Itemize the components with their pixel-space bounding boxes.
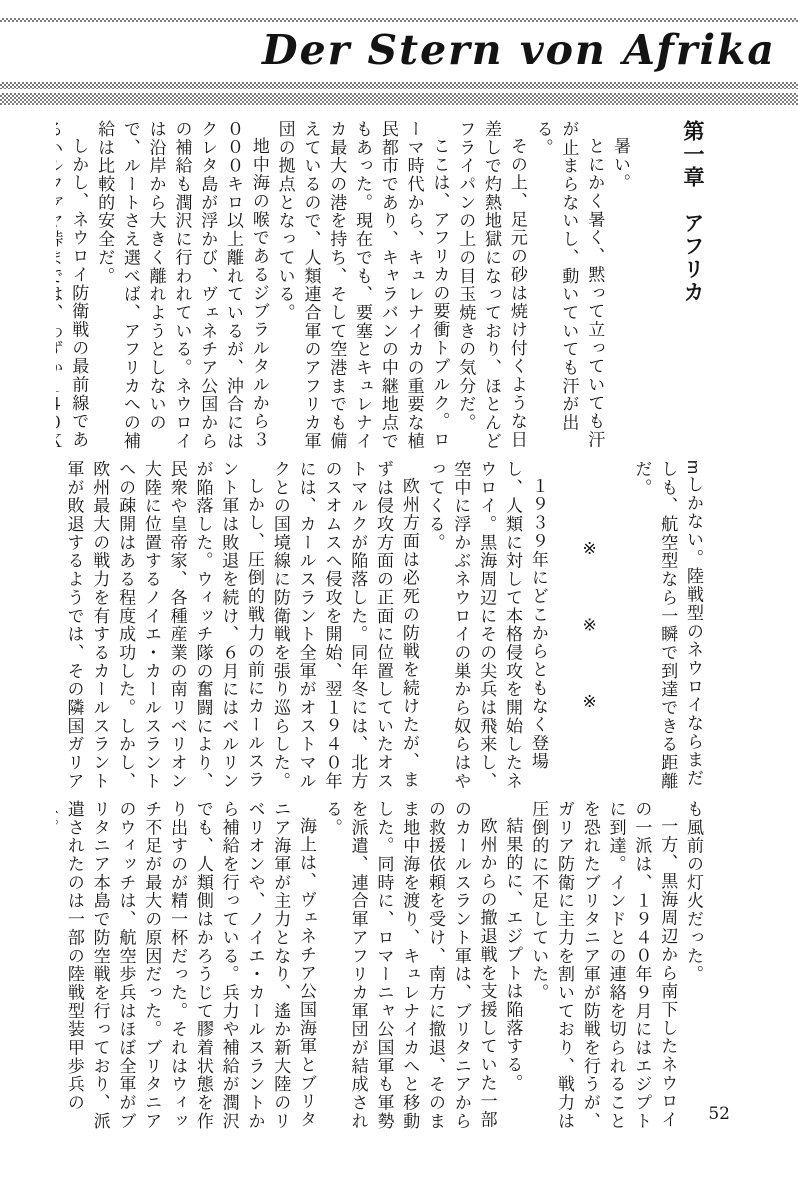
paragraph: 地中海の喉であるジブラルタルから３０００キロ以上離れているが、沖合にはクレタ島が… <box>91 120 272 452</box>
header-rule-middle <box>0 82 798 89</box>
page-number: 52 <box>708 1104 730 1124</box>
paragraph: 欧州方面は必死の防戦を続けたが、まずは侵攻方面の正面に位置していたオストマルクが… <box>267 460 422 792</box>
paragraph: 暑い。 <box>607 120 633 452</box>
section-separator: ※ ※ ※ <box>577 460 603 792</box>
page-body: 第一章 アフリカ 暑い。 とにかく暑く、黙って立っていても汗が止まらないし、動い… <box>56 120 706 1140</box>
paragraph: とにかく暑く、黙って立っていても汗が止まらないし、動いていても汗が出る。 <box>530 120 607 452</box>
paragraph-continuation: も風前の灯火だった。 <box>680 800 706 1132</box>
paragraph: 欧州からの撤退戦を支援していた一部のカールスラント軍は、ブリタニアからの救援依頼… <box>319 800 500 1132</box>
paragraph: 海上は、ヴェネチア公国海軍とブリタニア海軍が主力となり、遙か新大陸のリベリオンや… <box>56 800 319 1132</box>
text-band-2: mしかない。陸戦型のネウロイならまだしも、航空型なら一瞬で到達できる距離だ。 ※… <box>56 460 706 792</box>
text-band-1: 第一章 アフリカ 暑い。 とにかく暑く、黙って立っていても汗が止まらないし、動い… <box>56 120 706 452</box>
text-band-3: も風前の灯火だった。 一方、黒海周辺から南下したネウロイの一派は、１９４０年９月… <box>56 800 706 1132</box>
book-title: Der Stern von Afrika <box>262 26 776 74</box>
paragraph: 一方、黒海周辺から南下したネウロイの一派は、１９４０年９月にはエジプトに到達。イ… <box>525 800 680 1132</box>
paragraph: ここは、アフリカの要衝トブルク。ローマ時代から、キュレナイカの重要な植民都市であ… <box>272 120 453 452</box>
paragraph-continuation: mしかない。陸戦型のネウロイならまだしも、航空型なら一瞬で到達できる距離だ。 <box>629 460 706 792</box>
paragraph: 結果的に、エジプトは陥落する。 <box>500 800 526 1132</box>
book-page: { "header": { "title": "Der Stern von Af… <box>0 0 798 1200</box>
header-rule-bottom <box>0 93 798 105</box>
paragraph: １９３９年にどこからともなく登場し、人類に対して本格侵攻を開始したネウロイ。黒海… <box>422 460 551 792</box>
paragraph: その上、足元の砂は焼け付くような日差しで灼熱地獄になっており、ほとんどフライパン… <box>452 120 529 452</box>
paragraph: しかし、ネウロイ防衛戦の最前線であるハルファヤ峠までは、わずか１４０Ｋ <box>56 120 91 452</box>
chapter-heading: 第一章 アフリカ <box>679 120 706 452</box>
header-rule-top <box>0 18 798 22</box>
paragraph: しかし、圧倒的戦力の前にカールスラント軍は敗退を続け、６月にはベルリンが陥落した… <box>61 460 267 792</box>
